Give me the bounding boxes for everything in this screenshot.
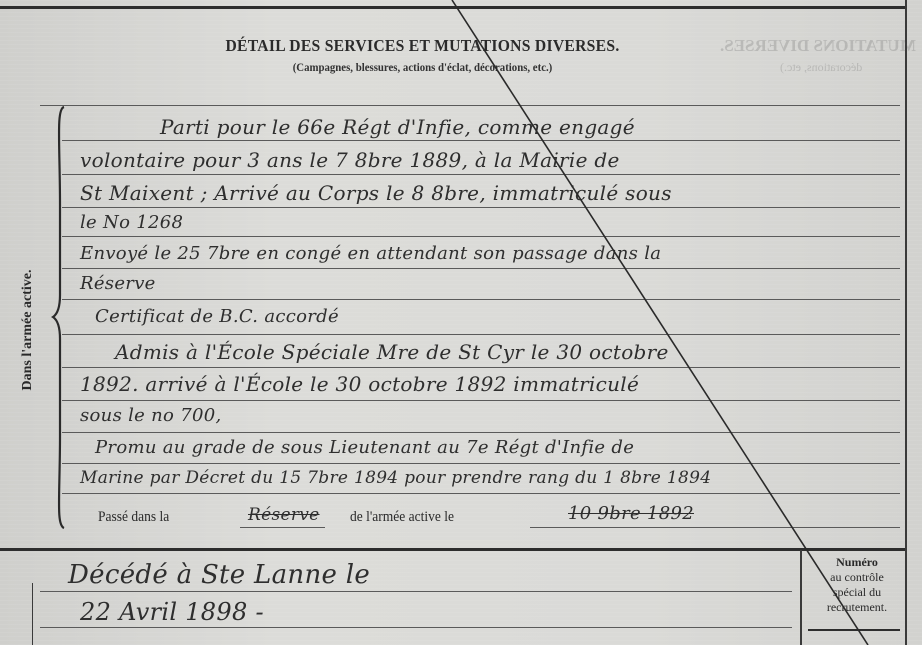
reserve-struck-value: Réserve	[248, 505, 320, 525]
control-box-rule	[808, 629, 900, 631]
ruled-line	[240, 527, 325, 528]
curly-brace	[50, 105, 70, 530]
reserve-label-after: de l'armée active le	[350, 509, 454, 526]
ruled-line	[62, 463, 900, 464]
section-separator	[0, 548, 905, 551]
entry-line-8: Admis à l'École Spéciale Mre de St Cyr l…	[115, 340, 669, 364]
reserve-label-before: Passé dans la	[98, 509, 169, 526]
entry-line-5: Envoyé le 25 7bre en congé en attendant …	[80, 243, 661, 264]
entry-line-11: Promu au grade de sous Lieutenant au 7e …	[95, 437, 634, 458]
ruled-line	[40, 591, 792, 592]
ruled-line	[62, 493, 900, 494]
death-note-line-2: 22 Avril 1898 -	[80, 598, 264, 626]
reserve-struck-date: 10 9bre 1892	[568, 503, 694, 524]
ruled-line	[62, 236, 900, 237]
control-label-line-2: au contrôle	[807, 570, 907, 585]
ruled-line	[40, 105, 900, 106]
entry-line-6: Réserve	[80, 273, 156, 294]
control-box-left-border	[800, 550, 802, 645]
ruled-line	[62, 299, 900, 300]
ruled-line	[62, 400, 900, 401]
entry-line-7: Certificat de B.C. accordé	[95, 306, 339, 327]
entry-line-12: Marine par Décret du 15 7bre 1894 pour p…	[80, 468, 711, 488]
control-label-line-1: Numéro	[807, 555, 907, 570]
entry-line-9: 1892. arrivé à l'École le 30 octobre 189…	[80, 372, 639, 396]
ruled-line	[62, 174, 900, 175]
death-note-line-1: Décédé à Ste Lanne le	[68, 560, 370, 590]
control-label-line-3: spécial du	[807, 585, 907, 600]
side-label-active-army: Dans l'armée active.	[20, 200, 36, 460]
entry-line-10: sous le no 700,	[80, 405, 222, 426]
ruled-line	[62, 207, 900, 208]
entry-line-4: le No 1268	[80, 212, 183, 233]
document-page: MUTATIONS DIVERSES. décorations, etc.) D…	[0, 0, 922, 645]
entry-line-2: volontaire pour 3 ans le 7 8bre 1889, à …	[80, 148, 620, 172]
ruled-line	[40, 627, 792, 628]
control-number-label: Numéro au contrôle spécial du recrutemen…	[807, 555, 907, 615]
section-title: DÉTAIL DES SERVICES ET MUTATIONS DIVERSE…	[34, 36, 811, 56]
right-border	[905, 0, 907, 645]
ruled-line	[62, 367, 900, 368]
entry-line-3: St Maixent ; Arrivé au Corps le 8 8bre, …	[80, 181, 672, 205]
entry-line-1: Parti pour le 66e Régt d'Infie, comme en…	[160, 115, 635, 139]
top-rule	[0, 6, 905, 9]
lower-left-bracket	[32, 583, 33, 645]
ruled-line	[62, 432, 900, 433]
ruled-line	[62, 334, 900, 335]
ruled-line	[530, 527, 900, 528]
control-label-line-4: recrutement.	[807, 600, 907, 615]
ruled-line	[62, 268, 900, 269]
section-subtitle: (Campagnes, blessures, actions d'éclat, …	[42, 60, 803, 75]
ruled-line	[62, 140, 900, 141]
